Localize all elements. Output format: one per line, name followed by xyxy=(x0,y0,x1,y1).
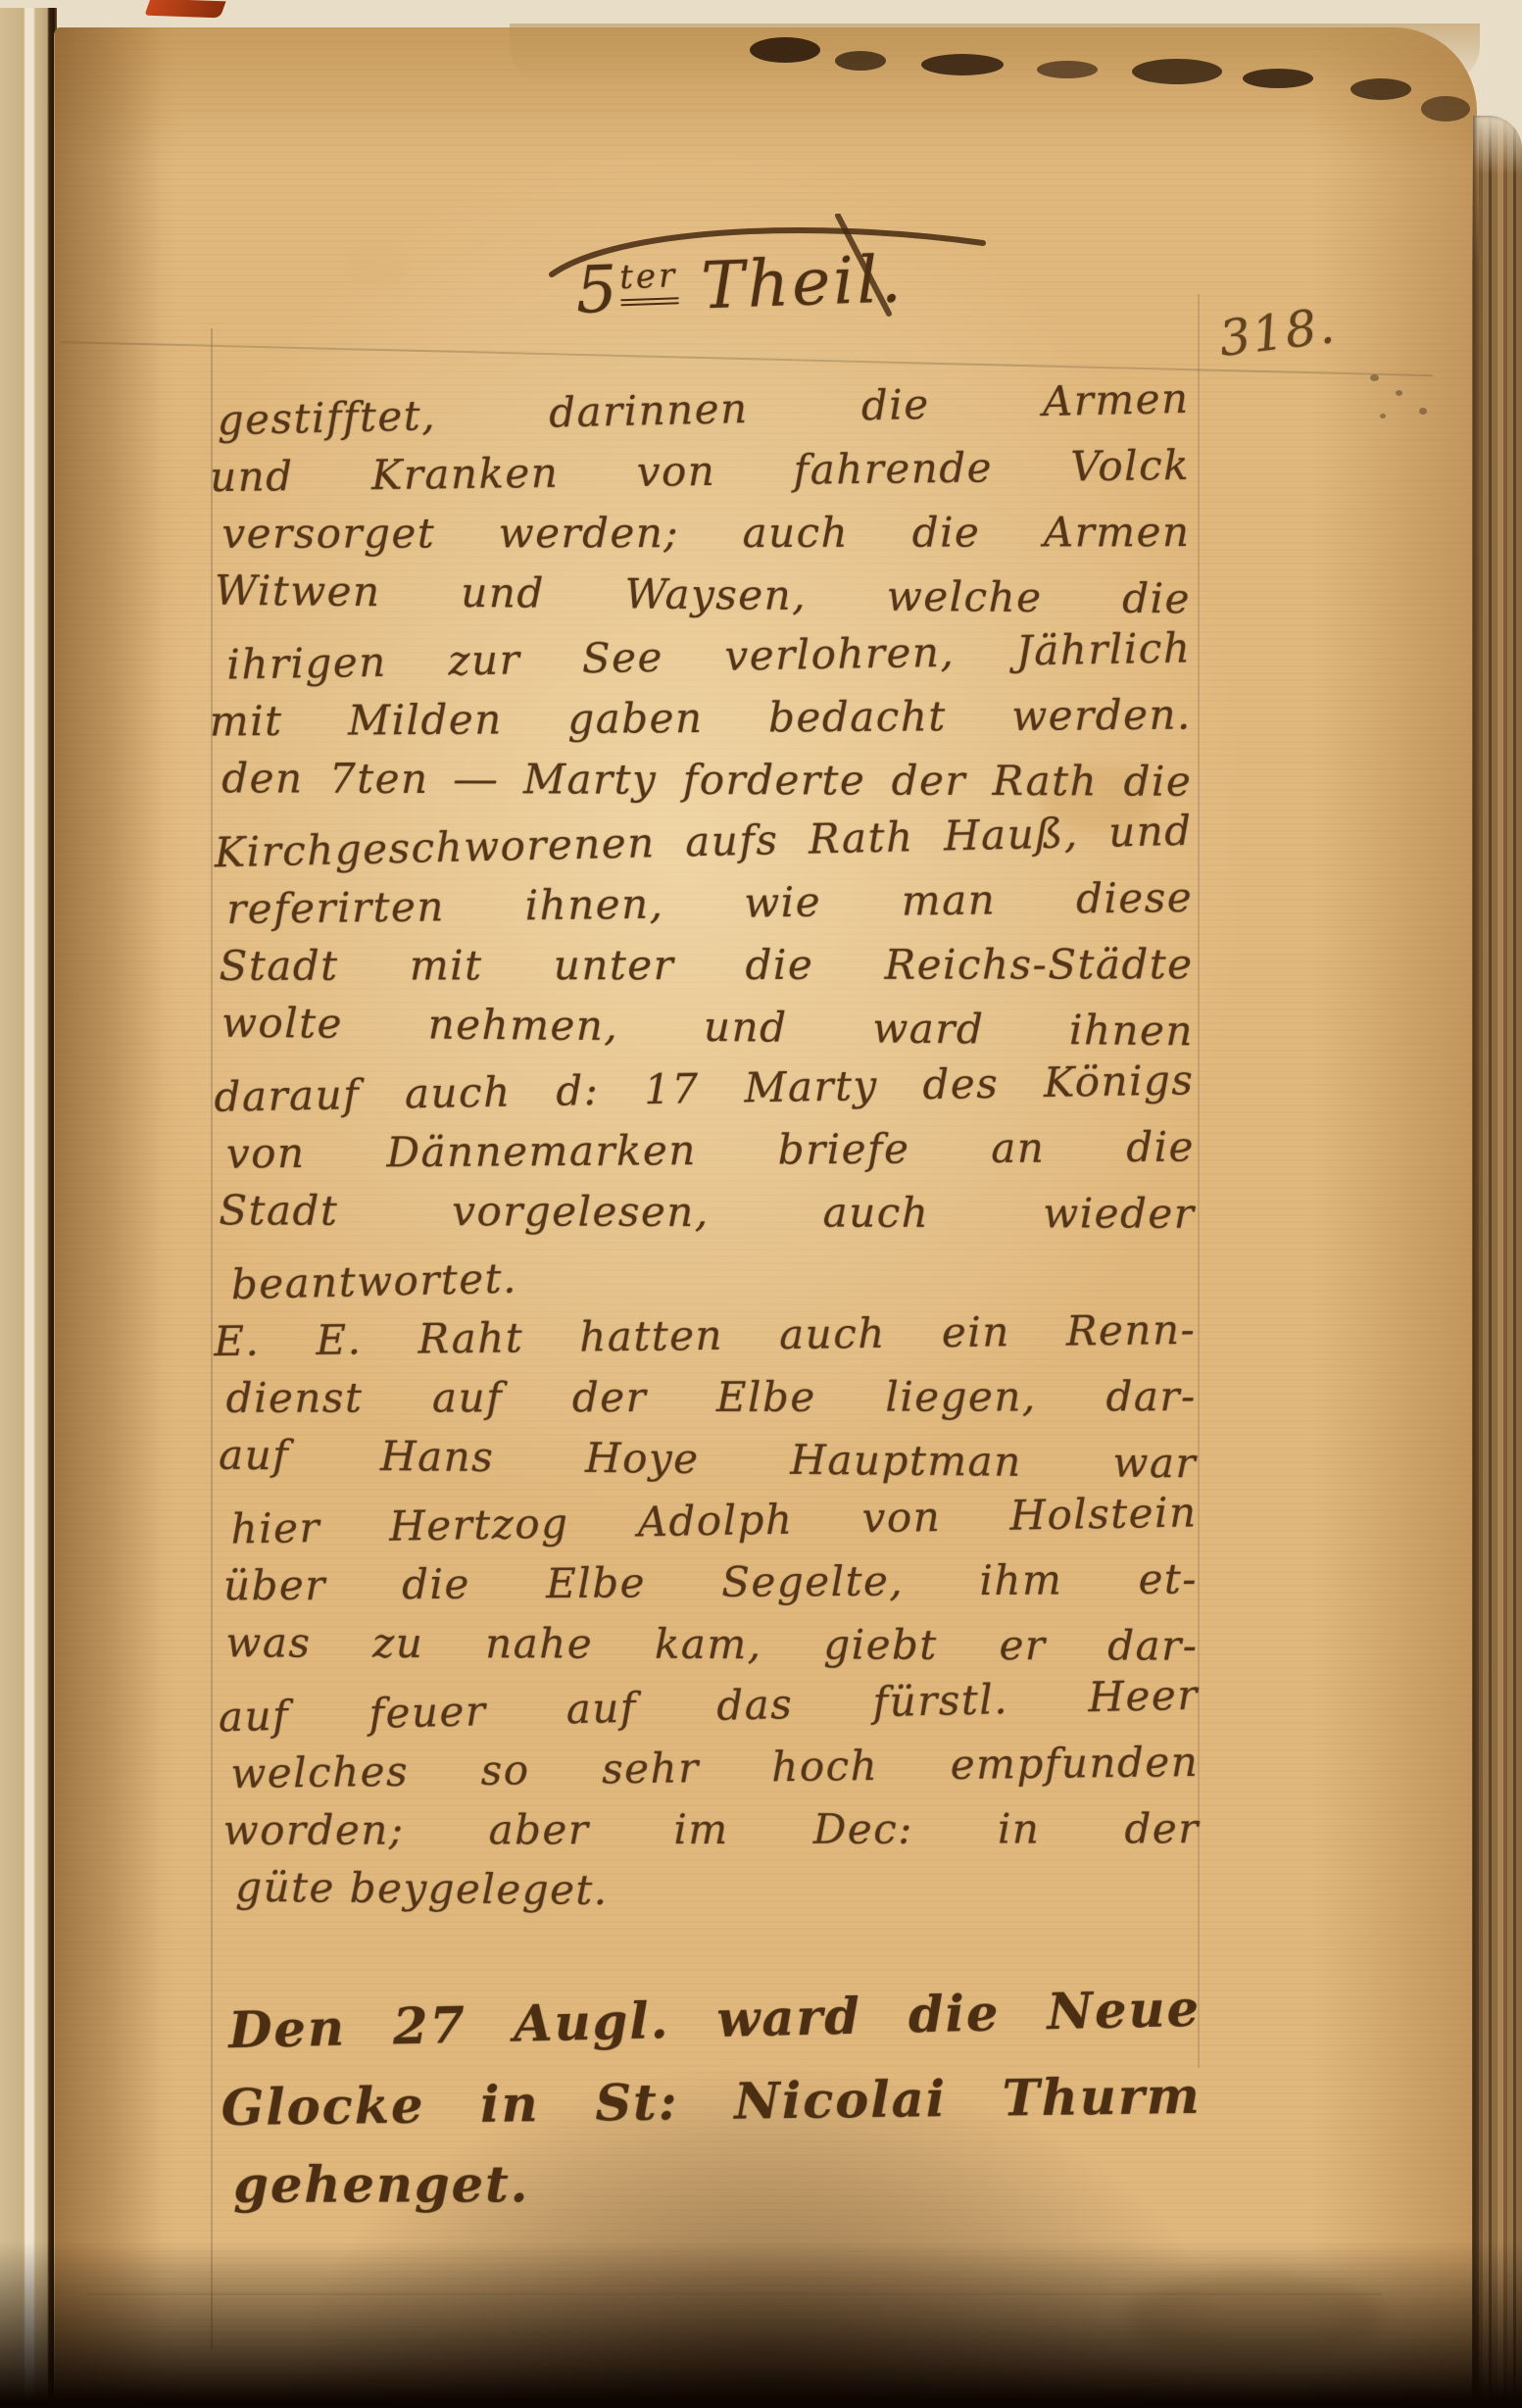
manuscript-line: versorget werden; auch die Armen xyxy=(221,501,1190,565)
edge-blotch xyxy=(750,37,820,63)
ink-smudge xyxy=(1419,408,1427,415)
edge-blotch xyxy=(921,54,1004,75)
manuscript-photo: 5ter Theil. 318. gestifftet, darinnen di… xyxy=(0,0,1522,2408)
manuscript-line: Stadt mit unter die Reichs-Städte xyxy=(220,933,1194,997)
edge-blotch xyxy=(1421,96,1470,122)
manuscript-line: referirten ihnen, wie man diese xyxy=(226,866,1194,940)
manuscript-text: gestifftet, darinnen die Armenund Kranke… xyxy=(217,375,1202,2230)
manuscript-line: ihrigen zur See verlohren, Jährlich xyxy=(226,616,1192,695)
manuscript-line: und Kranken von fahrende Volck xyxy=(210,434,1191,508)
heading-title: Theil xyxy=(700,242,881,323)
edge-blotch xyxy=(1243,69,1313,88)
fore-edge-page-stack xyxy=(1473,116,1522,2402)
manuscript-line: Glocke in St: Nicolai Thurm xyxy=(221,2055,1202,2149)
edge-blotch xyxy=(835,51,886,71)
paper-stain xyxy=(348,245,405,288)
manuscript-line: von Dännemarken briefe an die xyxy=(226,1116,1195,1185)
margin-ruling-left xyxy=(211,328,213,2349)
binding-gutter-shadow xyxy=(55,27,163,2408)
manuscript-line: über die Elbe Segelte, ihm et- xyxy=(223,1548,1198,1617)
heading-ordinal-suffix: ter xyxy=(619,256,679,306)
manuscript-line: dienst auf der Elbe liegen, dar- xyxy=(226,1365,1197,1429)
manuscript-line: gehenget. xyxy=(233,2142,1202,2227)
bottom-shadow xyxy=(0,2241,1522,2408)
manuscript-paragraph: gestifftet, darinnen die Armenund Kranke… xyxy=(217,375,1200,1926)
ink-smudge xyxy=(1396,390,1402,396)
top-edge-discoloration xyxy=(510,24,1480,84)
manuscript-line: hier Hertzog Adolph von Holstein xyxy=(230,1481,1198,1559)
edge-blotch xyxy=(1132,59,1222,84)
facing-page-edges xyxy=(0,8,57,2408)
heading-punctuation: . xyxy=(879,241,906,318)
ink-smudge xyxy=(1380,414,1386,418)
bookmark-ribbon xyxy=(144,0,225,18)
manuscript-paragraph: Den 27 Augl. ward die NeueGlocke in St: … xyxy=(228,1976,1203,2230)
manuscript-line: mit Milden gaben bedacht werden. xyxy=(210,684,1192,753)
manuscript-line: güte beygeleget. xyxy=(235,1856,1201,1927)
edge-blotch xyxy=(1037,61,1098,78)
manuscript-line: worden; aber im Dec: in der xyxy=(223,1797,1200,1861)
manuscript-line: welches so sehr hoch empfunden xyxy=(230,1731,1200,1804)
page-edge-seam xyxy=(1472,147,1479,2408)
manuscript-line: E. E. Raht hatten auch ein Renn- xyxy=(214,1299,1197,1372)
edge-blotch xyxy=(1350,78,1411,100)
heading-number: 5 xyxy=(574,251,621,328)
ink-smudge xyxy=(1370,374,1379,381)
